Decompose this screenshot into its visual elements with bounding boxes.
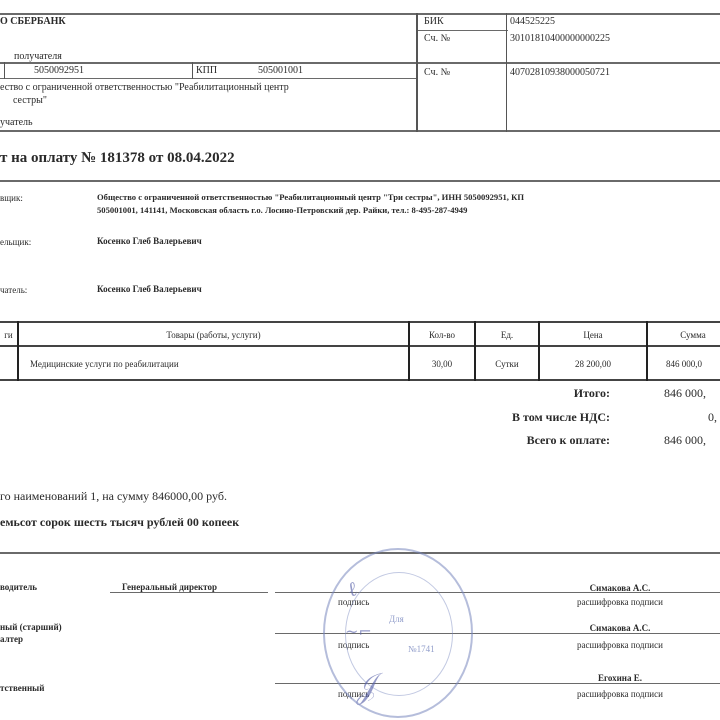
total-label: Итого: <box>574 386 610 401</box>
kpp-label: КПП <box>196 65 217 76</box>
handwritten-signature-accountant: ~⌐ <box>345 622 372 641</box>
recipient-bank-label: получателя <box>14 51 62 62</box>
col-header-qty: Кол-во <box>410 330 474 340</box>
recipient-name-line1: ество с ограниченной ответственностью "Р… <box>0 82 289 93</box>
accountant-name: Симакова А.С. <box>540 623 700 633</box>
grand-total-value: 846 000, <box>664 433 706 448</box>
row-item-sum: 846 000,0 <box>666 359 702 369</box>
director-label: водитель <box>0 582 37 592</box>
director-position: Генеральный директор <box>122 582 217 592</box>
summary-divider <box>0 552 720 554</box>
col-header-unit: Ед. <box>476 330 538 340</box>
responsible-name: Егохина Е. <box>540 673 700 683</box>
buyer-value: Косенко Глеб Валерьевич <box>97 236 202 246</box>
col-header-sum: Сумма <box>648 330 720 340</box>
corr-account-label: Сч. № <box>424 33 450 44</box>
title-divider <box>0 180 720 182</box>
accountant-name-caption: расшифровка подписи <box>540 640 700 650</box>
stamp-center-text: Для <box>389 614 404 624</box>
supplier-line1: Общество с ограниченной ответственностью… <box>97 192 524 202</box>
amount-in-words: емьсот сорок шесть тысяч рублей 00 копее… <box>0 515 239 530</box>
total-value: 846 000, <box>664 386 706 401</box>
invoice-title: т на оплату № 181378 от 08.04.2022 <box>0 150 235 167</box>
consignee-value: Косенко Глеб Валерьевич <box>97 284 202 294</box>
col-header-num: ги <box>0 330 17 340</box>
account-label: Сч. № <box>424 67 450 78</box>
inn-value: 5050092951 <box>34 65 84 76</box>
recipient-name-line2: сестры" <box>13 95 47 106</box>
vat-value: 0, <box>708 410 717 425</box>
row-item-name: Медицинские услуги по реабилитации <box>30 359 179 369</box>
bik-label: БИК <box>424 16 444 27</box>
supplier-label: вщик: <box>0 193 23 203</box>
responsible-name-caption: расшифровка подписи <box>540 689 700 699</box>
corr-account-value: 30101810400000000225 <box>510 33 610 44</box>
responsible-label: тственный <box>0 683 44 693</box>
col-header-goods: Товары (работы, услуги) <box>19 330 408 340</box>
items-count-line: го наименований 1, на сумму 846000,00 ру… <box>0 489 227 504</box>
kpp-value: 505001001 <box>258 65 303 76</box>
bik-value: 044525225 <box>510 16 555 27</box>
accountant-label-line2: алтер <box>0 634 23 644</box>
row-item-qty: 30,00 <box>410 359 474 369</box>
buyer-label: ельщик: <box>0 237 31 247</box>
recipient-label: учатель <box>0 117 33 128</box>
col-header-price: Цена <box>540 330 646 340</box>
director-name: Симакова А.С. <box>540 583 700 593</box>
row-item-unit: Сутки <box>476 359 538 369</box>
stamp-number-text: №1741 <box>408 644 435 654</box>
supplier-line2: 505001001, 141141, Московская область г.… <box>97 205 467 215</box>
grand-total-label: Всего к оплате: <box>527 433 610 448</box>
director-name-caption: расшифровка подписи <box>540 597 700 607</box>
bank-name: О СБЕРБАНК <box>0 16 66 27</box>
account-value: 40702810938000050721 <box>510 67 610 78</box>
vat-label: В том числе НДС: <box>512 410 610 425</box>
consignee-label: чатель: <box>0 285 27 295</box>
row-item-price: 28 200,00 <box>540 359 646 369</box>
accountant-label-line1: ный (старший) <box>0 622 62 632</box>
